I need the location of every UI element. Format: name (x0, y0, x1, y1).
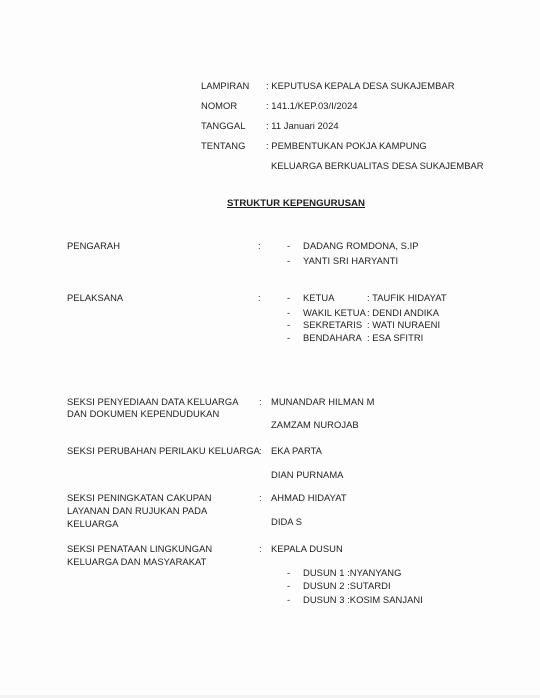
header-label-tentang: TENTANG (201, 140, 245, 152)
pelaksana-colon: : (258, 292, 261, 304)
dusun-item: DUSUN 2 :SUTARDI (303, 580, 391, 592)
seksi-label: SEKSI PERUBAHAN PERILAKU KELUARGA (67, 445, 260, 457)
seksi-member: AHMAD HIDAYAT (271, 492, 347, 504)
seksi-member: DIAN PURNAMA (271, 469, 343, 481)
seksi-label: SEKSI PENYEDIAAN DATA KELUARGA (67, 396, 239, 408)
seksi-member: DIDA S (271, 516, 302, 528)
seksi-member: ZAMZAM NUROJAB (271, 419, 359, 431)
header-value-tanggal: : 11 Januari 2024 (266, 120, 339, 132)
dusun-item: DUSUN 3 :KOSIM SANJANI (303, 594, 423, 606)
pengarah-label: PENGARAH (67, 240, 120, 252)
seksi-member: MUNANDAR HILMAN M (271, 396, 374, 408)
pengarah-member: DADANG ROMDONA, S.IP (303, 240, 419, 252)
pengarah-colon: : (258, 240, 261, 252)
seksi-colon: : (259, 396, 262, 408)
pelaksana-name-sekretaris: : WATI NURAENI (367, 319, 440, 331)
pelaksana-role-sekretaris: SEKRETARIS (303, 319, 367, 331)
pelaksana-name-wakil-ketua: : DENDI ANDIKA (367, 307, 439, 319)
dusun-item: DUSUN 1 :NYANYANG (303, 567, 401, 579)
bullet-dash: - (287, 319, 290, 331)
seksi-label: KELUARGA DAN MASYARAKAT (67, 556, 206, 568)
pelaksana-role-bendahara: BENDAHARA (303, 332, 367, 344)
header-value-nomor: : 141.1/KEP.03/I/2024 (266, 100, 358, 112)
seksi-colon: : (259, 492, 262, 504)
header-label-lampiran: LAMPIRAN (201, 80, 249, 92)
seksi-label: LAYANAN DAN RUJUKAN PADA (67, 505, 207, 517)
bullet-dash: - (287, 567, 290, 579)
bullet-dash: - (287, 292, 290, 304)
header-tentang-continuation: KELUARGA BERKUALITAS DESA SUKAJEMBAR (271, 160, 484, 172)
bullet-dash: - (287, 594, 290, 606)
seksi-label: DAN DOKUMEN KEPENDUDUKAN (67, 408, 219, 420)
bullet-dash: - (287, 240, 290, 252)
bullet-dash: - (287, 332, 290, 344)
seksi-colon: : (259, 543, 262, 555)
document-title: STRUKTUR KEPENGURUSAN (0, 198, 540, 210)
pelaksana-name-bendahara: : ESA SFITRI (367, 332, 423, 344)
header-label-tanggal: TANGGAL (201, 120, 245, 132)
header-value-tentang: : PEMBENTUKAN POKJA KAMPUNG (266, 140, 427, 152)
seksi-label: KELUARGA (67, 518, 118, 530)
pengarah-member: YANTI SRI HARYANTI (303, 255, 398, 267)
seksi-label: SEKSI PENATAAN LINGKUNGAN (67, 543, 212, 555)
seksi-member: KEPALA DUSUN (271, 543, 343, 555)
bullet-dash: - (287, 580, 290, 592)
bullet-dash: - (287, 307, 290, 319)
pelaksana-role-ketua: KETUA (303, 292, 367, 304)
pelaksana-label: PELAKSANA (67, 292, 123, 304)
seksi-colon: : (259, 445, 262, 457)
pelaksana-name-ketua: : TAUFIK HIDAYAT (367, 292, 447, 304)
pelaksana-role-wakil-ketua: WAKIL KETUA (303, 307, 367, 319)
header-value-lampiran: : KEPUTUSA KEPALA DESA SUKAJEMBAR (266, 80, 455, 92)
header-label-nomor: NOMOR (201, 100, 237, 112)
seksi-member: EKA PARTA (271, 445, 322, 457)
seksi-label: SEKSI PENINGKATAN CAKUPAN (67, 492, 212, 504)
bullet-dash: - (287, 255, 290, 267)
